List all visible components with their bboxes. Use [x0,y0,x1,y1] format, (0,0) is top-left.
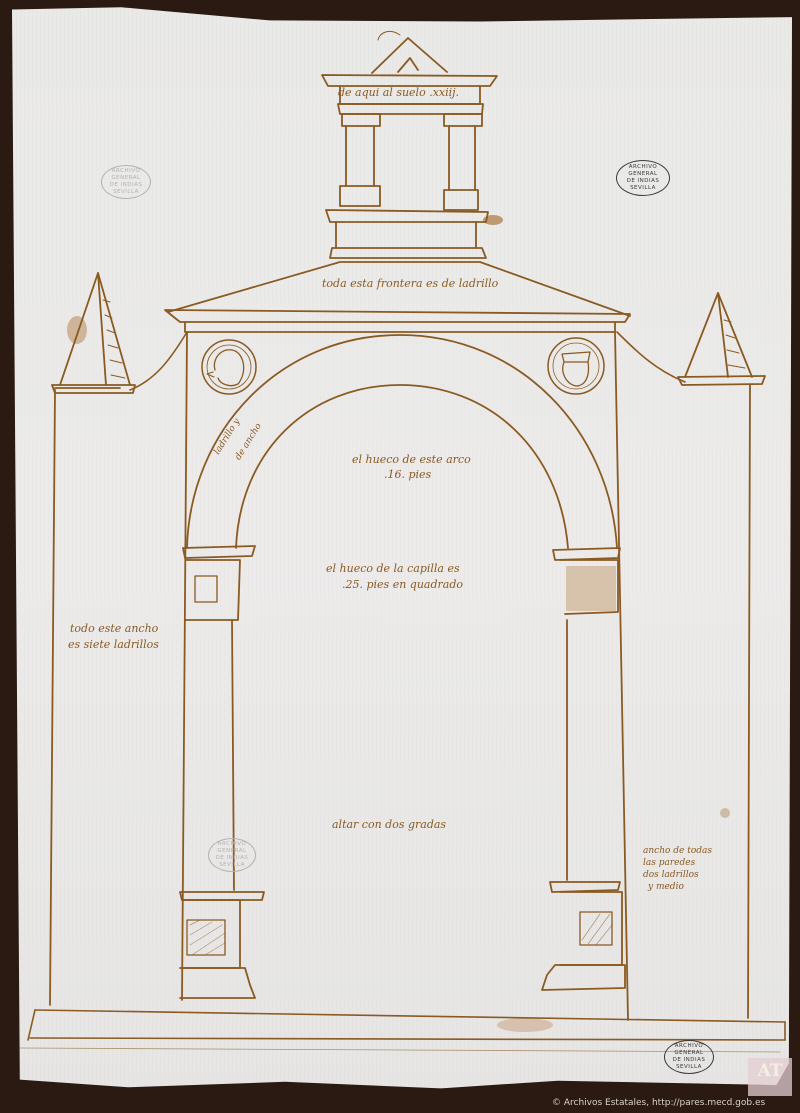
copyright-footer: © Archivos Estatales, http://pares.mecd.… [552,1098,765,1108]
left-outer-wall [50,388,120,1005]
stamp-text: ARCHIVO GENERAL [209,841,255,855]
stamp-text: ARCHIVO GENERAL [665,1043,713,1057]
stamp-text: DE INDIAS [102,182,150,189]
right-medallion [548,338,604,394]
pediment-annotation: toda esta frontera es de ladrillo [322,277,498,291]
right-pier [542,332,628,1020]
stamp-text: SEVILLA [102,189,150,196]
cupola-annotation: de aqui al suelo .xxiij. [338,86,459,100]
cupola [322,31,497,258]
archive-stamp-top-right: ARCHIVO GENERAL DE INDIAS SEVILLA [616,160,670,196]
archive-stamp-left-pier: ARCHIVO GENERAL DE INDIAS SEVILLA [208,838,256,872]
left-width-annotation-line2: es siete ladrillos [68,638,159,652]
arch-span-annotation-line2: .16. pies [384,468,431,482]
stamp-text: ARCHIVO GENERAL [102,168,150,182]
stamp-text: ARCHIVO GENERAL [617,164,669,178]
right-pier-annotation-line1: ancho de todas [643,846,712,857]
archive-logo: AT [748,1058,792,1096]
right-pyramid-finial [678,293,765,385]
chapel-annotation-line2: .25. pies en quadrado [342,578,463,592]
connecting-curves [130,332,685,390]
archive-stamp-bottom-right: ARCHIVO GENERAL DE INDIAS SEVILLA [664,1040,714,1074]
arch-span-annotation-line1: el hueco de este arco [352,453,471,467]
right-pier-annotation-line3: dos ladrillos [643,870,699,881]
stamp-text: DE INDIAS [617,178,669,185]
altar-annotation: altar con dos gradas [332,818,446,832]
ink-stains [67,215,730,1032]
right-pier-annotation-line2: las paredes [643,858,695,869]
stamp-text: DE INDIAS [665,1057,713,1064]
pediment [165,262,630,332]
stamp-text: SEVILLA [617,185,669,192]
right-outer-wall [748,385,750,1018]
left-pyramid-finial [52,273,135,393]
stamp-text: SEVILLA [665,1064,713,1071]
stamp-text: SEVILLA [209,862,255,869]
right-pier-annotation-line4: y medio [648,882,684,893]
chapel-annotation-line1: el hueco de la capilla es [326,562,460,576]
left-medallion [202,340,256,394]
archive-stamp-top-left: ARCHIVO GENERAL DE INDIAS SEVILLA [101,165,151,199]
left-width-annotation-line1: todo este ancho [70,622,158,636]
stamp-text: DE INDIAS [209,855,255,862]
